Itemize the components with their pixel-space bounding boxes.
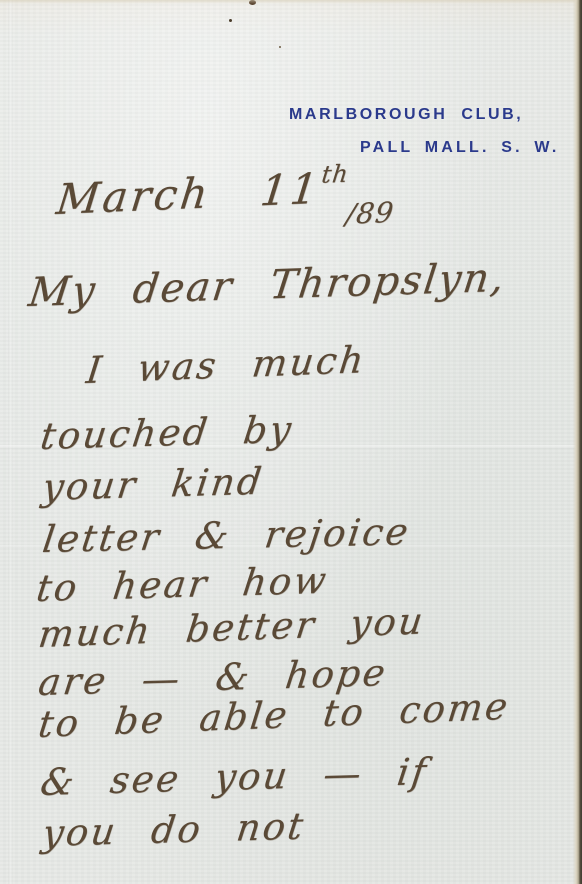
letter-page: MARLBOROUGH CLUB, PALL MALL. S. W. March…: [0, 0, 582, 884]
ink-speck: [279, 46, 281, 48]
body-line-3: your kind: [40, 460, 266, 509]
scan-edge-top: [0, 0, 582, 4]
scan-edge-right: [573, 0, 582, 884]
body-line-5: to hear how: [34, 559, 331, 610]
letterhead-line2: PALL MALL. S. W.: [360, 139, 560, 157]
body-line-4: letter & rejoice: [40, 510, 413, 561]
letterhead-line1: MARLBOROUGH CLUB,: [289, 106, 523, 124]
body-line-10: you do not: [40, 804, 308, 855]
date-ordinal: th: [320, 160, 350, 189]
fold-crease-vertical: [8, 0, 13, 884]
ink-speck: [229, 19, 232, 22]
date-year: /89: [344, 196, 396, 231]
body-line-2: touched by: [38, 408, 296, 458]
